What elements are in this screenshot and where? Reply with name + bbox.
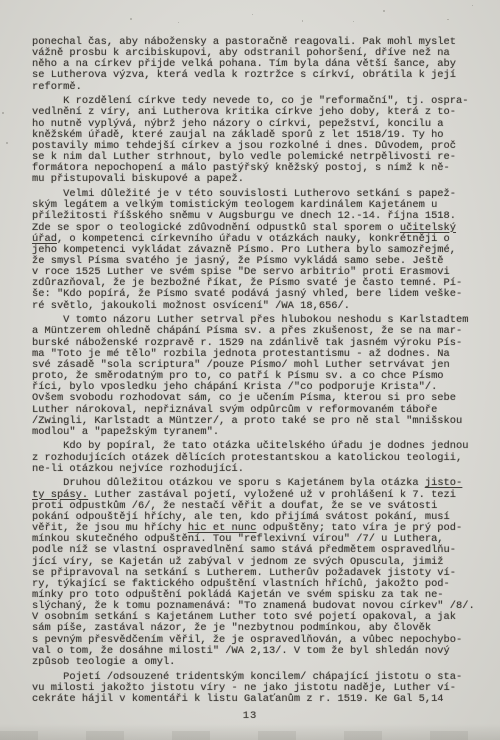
text-line: se Lutherova výzva, která vedla k roztrž…: [32, 70, 484, 81]
text-segment: cekráte hájil v komentáři k listu Galaťa…: [32, 693, 444, 705]
text-line: reformě.: [32, 82, 484, 93]
scan-speck: [6, 142, 8, 144]
paragraph: Pojetí /odsouzené tridentským koncilem/ …: [32, 672, 484, 705]
paragraph: Kdo by popíral, že tato otázka učitelské…: [32, 441, 484, 474]
page-number: 13: [0, 710, 500, 722]
text-line: cekráte hájil v komentáři k listu Galaťa…: [32, 694, 484, 705]
scan-speck: [178, 22, 179, 23]
text-segment: ré světlo, jakoukoli možnost osvícení" /…: [32, 300, 350, 312]
scan-speck: [2, 112, 4, 114]
text-line: mu přistupovali biskupové a papež.: [32, 174, 484, 185]
scan-speck: [383, 10, 385, 12]
document-text: ponechal čas, aby nábožensky a pastoračn…: [32, 37, 484, 709]
scan-speck: [447, 19, 449, 20]
text-line: ré světlo, jakoukoli možnost osvícení" /…: [32, 301, 484, 312]
scan-speck: [130, 18, 132, 20]
paragraph: V tomto názoru Luther setrval přes hlubo…: [32, 315, 484, 438]
paragraph: Druhou důležitou otázkou ve sporu s Kaje…: [32, 478, 484, 668]
text-line: způsob teologie a omyl.: [32, 657, 484, 668]
scan-speck: [302, 20, 303, 22]
text-segment: reformě.: [32, 81, 82, 93]
text-segment: ne-li otázkou nejvíce rozhodující.: [32, 463, 244, 475]
text-segment: se Lutherova výzva, která vedla k roztrž…: [32, 69, 456, 81]
scan-speck: [252, 14, 253, 15]
text-line: ne-li otázkou nejvíce rozhodující.: [32, 464, 484, 475]
paragraph: Velmi důležité je v této souvislosti Lut…: [32, 189, 484, 312]
paragraph: ponechal čas, aby nábožensky a pastoračn…: [32, 37, 484, 93]
scan-speck: [472, 5, 473, 6]
scan-speck: [353, 21, 354, 22]
text-line: modlou" a "papežským tyranem".: [32, 427, 484, 438]
scanned-document-page: ponechal čas, aby nábožensky a pastoračn…: [0, 0, 500, 740]
paragraph: K rozdělení církve tedy nevede to, co je…: [32, 96, 484, 185]
text-segment: mu přistupovali biskupové a papež.: [32, 173, 244, 185]
text-segment: způsob teologie a omyl.: [32, 656, 175, 668]
scan-noise-streaks: [0, 731, 500, 740]
text-segment: modlou" a "papežským tyranem".: [32, 426, 219, 438]
scan-edge-shadow: [0, 724, 500, 740]
